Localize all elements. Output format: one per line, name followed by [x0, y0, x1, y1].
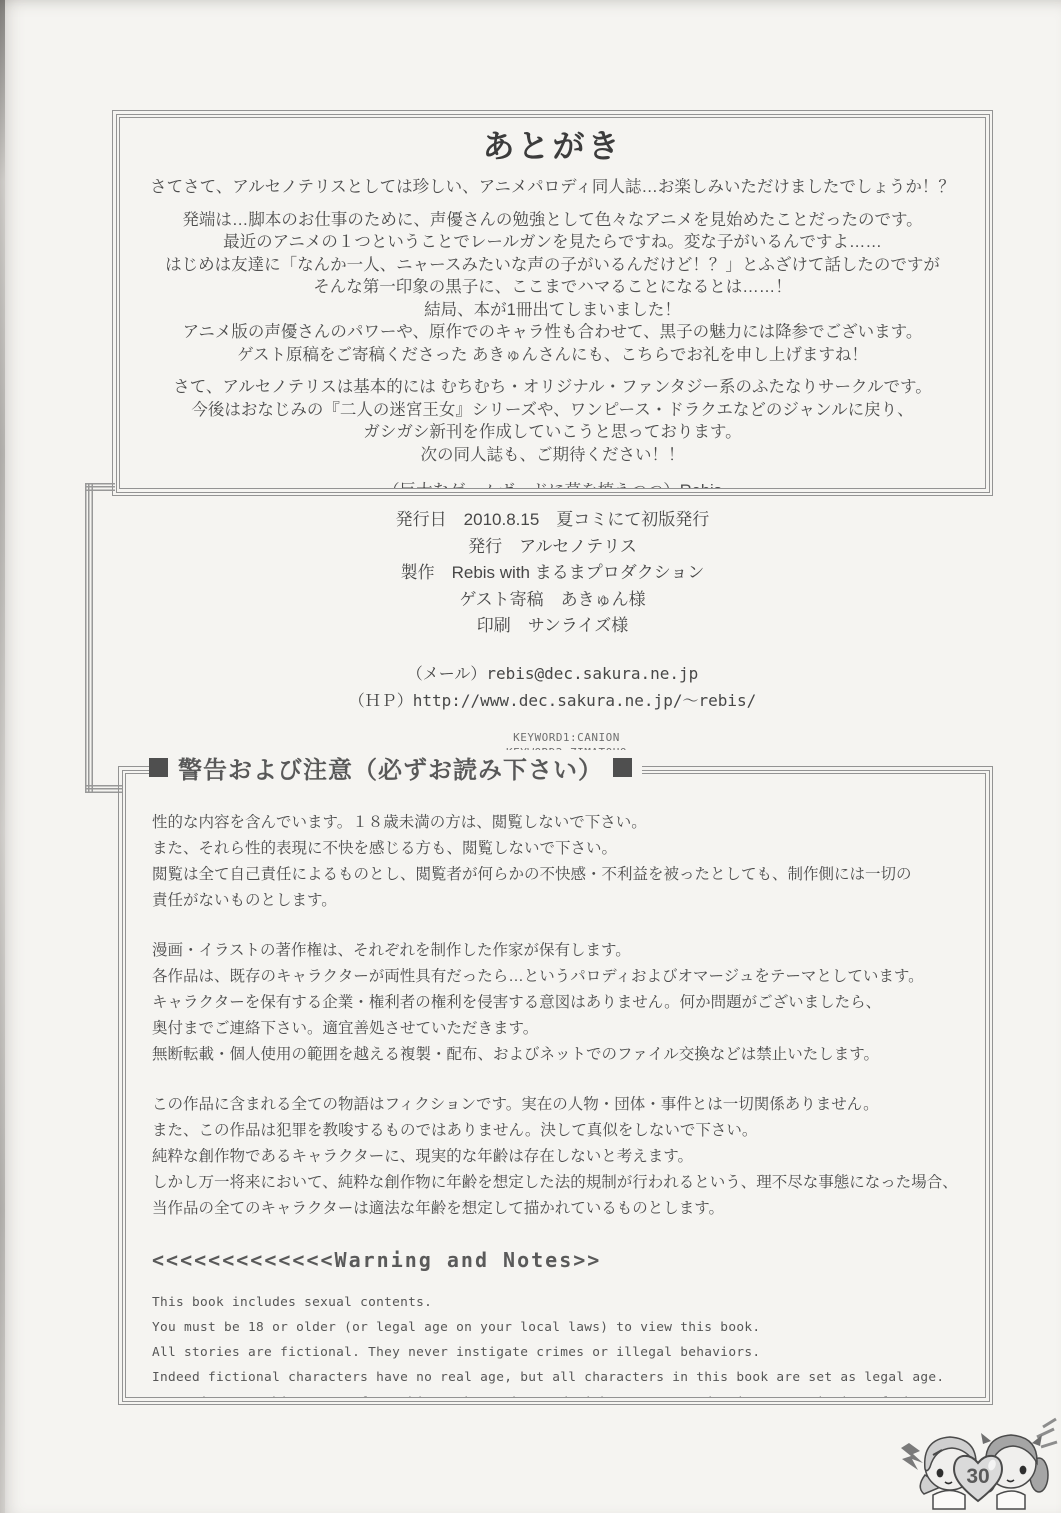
warning-paragraph: この作品に含まれる全ての物語はフィクションです。実在の人物・団体・事件とは一切関… — [152, 1092, 959, 1222]
pagenum-illustration: 30 — [893, 1413, 1061, 1513]
warning-paragraph: 漫画・イラストの著作権は、それぞれを制作した作家が保有します。 各作品は、既存の… — [152, 938, 959, 1068]
colophon-email: （メール）rebis@dec.sakura.ne.jp — [112, 660, 993, 687]
afterword-paragraph: さて、アルセノテリスは基本的には むちむち・オリジナル・ファンタジー系のふたなり… — [120, 376, 985, 466]
warning-line: 純粋な創作物であるキャラクターに、現実的な年齢は存在しないと考えます。 — [152, 1144, 959, 1170]
warning-line: 各作品は、既存のキャラクターが両性具有だったら…というパロディおよびオマージュを… — [152, 964, 959, 990]
lightning-icon — [901, 1443, 923, 1470]
afterword-line: 発端は…脚本のお仕事のために、声優さんの勉強として色々なアニメを見始めたことだっ… — [120, 209, 985, 232]
warning-line: また、この作品は犯罪を教唆するものではありません。決して真似をしないで下さい。 — [152, 1118, 959, 1144]
warning-box: 警告および注意（必ずお読み下さい） 性的な内容を含んでいます。１８歳未満の方は、… — [118, 766, 993, 1405]
afterword-content: あとがき さてさて、アルセノテリスとしては珍しい、アニメパロディ同人誌…お楽しみ… — [120, 118, 985, 489]
afterword-line: ゲスト原稿をご寄稿くださった あきゅんさんにも、こちらでお礼を申し上げますね！ — [120, 344, 985, 367]
afterword-line: ガシガシ新刊を作成していこうと思っております。 — [120, 421, 985, 444]
colophon-homepage: （ＨＰ）http://www.dec.sakura.ne.jp/～rebis/ — [112, 687, 993, 714]
afterword-paragraph: 発端は…脚本のお仕事のために、声優さんの勉強として色々なアニメを見始めたことだっ… — [120, 209, 985, 367]
warning-en-line: No comics, graphics, text from this work… — [152, 1390, 959, 1398]
warning-en-line: This book includes sexual contents. — [152, 1290, 959, 1315]
colophon-line: ゲスト寄稿 あきゅん様 — [112, 587, 993, 614]
scanned-page: あとがき さてさて、アルセノテリスとしては珍しい、アニメパロディ同人誌…お楽しみ… — [0, 0, 1061, 1513]
warning-line: キャラクターを保有する企業・権利者の権利を侵害する意図はありません。何か問題がご… — [152, 990, 959, 1016]
warning-en-title: <<<<<<<<<<<<<Warning and Notes>> — [152, 1248, 959, 1272]
afterword-box: あとがき さてさて、アルセノテリスとしては珍しい、アニメパロディ同人誌…お楽しみ… — [112, 110, 993, 496]
afterword-line: そんな第一印象の黒子に、ここまでハマることになるとは……！ — [120, 276, 985, 299]
page-number: 30 — [966, 1465, 989, 1488]
warning-line: 責任がないものとします。 — [152, 888, 959, 914]
colophon-line: 製作 Rebis with まるまプロダクション — [112, 560, 993, 587]
warning-square-icon — [613, 758, 632, 777]
afterword-line: 今後はおなじみの『二人の迷宮王女』シリーズや、ワンピース・ドラクエなどのジャンル… — [120, 399, 985, 422]
colophon-contact: （メール）rebis@dec.sakura.ne.jp （ＨＰ）http://w… — [112, 660, 993, 714]
warning-line: 当作品の全てのキャラクターは適法な年齢を想定して描かれているものとします。 — [152, 1196, 959, 1222]
colophon-line: 印刷 サンライズ様 — [112, 613, 993, 640]
afterword-line: はじめは友達に「なんか一人、ニャースみたいな声の子がいるんだけど！？」とふざけて… — [120, 254, 985, 277]
warning-header: 警告および注意（必ずお読み下さい） — [149, 750, 642, 784]
warning-en-lines: This book includes sexual contents. You … — [152, 1290, 959, 1398]
afterword-paragraph: さてさて、アルセノテリスとしては珍しい、アニメパロディ同人誌…お楽しみいただけま… — [120, 176, 985, 199]
warning-content: 性的な内容を含んでいます。１８歳未満の方は、閲覧しないで下さい。 また、それら性… — [126, 774, 985, 1398]
warning-square-icon — [149, 758, 168, 777]
warning-line: 性的な内容を含んでいます。１８歳未満の方は、閲覧しないで下さい。 — [152, 810, 959, 836]
afterword-signoff: （巨大なゲームボードに草を植えつつ）Rebis — [120, 480, 985, 489]
warning-line: しかし万一将来において、純粋な創作物に年齢を想定した法的規制が行われるという、理… — [152, 1170, 959, 1196]
warning-paragraph: 性的な内容を含んでいます。１８歳未満の方は、閲覧しないで下さい。 また、それら性… — [152, 810, 959, 914]
afterword-line: アニメ版の声優さんのパワーや、原作でのキャラ性も合わせて、黒子の魅力には降参でご… — [120, 321, 985, 344]
afterword-line: 結局、本が1冊出てしまいました！ — [120, 299, 985, 322]
warning-line: 閲覧は全て自己責任によるものとし、閲覧者が何らかの不快感・不利益を被ったとしても… — [152, 862, 959, 888]
warning-line: 無断転載・個人使用の範囲を越える複製・配布、およびネットでのファイル交換などは禁… — [152, 1042, 959, 1068]
afterword-line: さてさて、アルセノテリスとしては珍しい、アニメパロディ同人誌…お楽しみいただけま… — [150, 178, 955, 196]
warning-line: 漫画・イラストの著作権は、それぞれを制作した作家が保有します。 — [152, 938, 959, 964]
warning-title: 警告および注意（必ずお読み下さい） — [174, 750, 607, 785]
warning-line: 奥付までご連絡下さい。適宜善処させていただきます。 — [152, 1016, 959, 1042]
warning-en-line: All stories are fictional. They never in… — [152, 1340, 959, 1365]
warning-en-line: You must be 18 or older (or legal age on… — [152, 1315, 959, 1340]
colophon-line: 発行 アルセノテリス — [112, 534, 993, 561]
bracket-connector-vertical — [85, 483, 93, 793]
colophon: 発行日 2010.8.15 夏コミにて初版発行 発行 アルセノテリス 製作 Re… — [112, 507, 993, 760]
afterword-line: 次の同人誌も、ご期待ください！！ — [120, 444, 985, 467]
colophon-line: 発行日 2010.8.15 夏コミにて初版発行 — [112, 507, 993, 534]
afterword-title: あとがき — [120, 126, 985, 166]
afterword-line: 最近のアニメの１つということでレールガンを見たらですね。変な子がいるんですよ…… — [120, 231, 985, 254]
warning-line: この作品に含まれる全ての物語はフィクションです。実在の人物・団体・事件とは一切関… — [152, 1092, 959, 1118]
warning-line: また、それら性的表現に不快を感じる方も、閲覧しないで下さい。 — [152, 836, 959, 862]
colophon-keyword: KEYWORD1:CANION — [126, 730, 1007, 745]
warning-en-line: Indeed fictional characters have no real… — [152, 1365, 959, 1390]
afterword-line: さて、アルセノテリスは基本的には むちむち・オリジナル・ファンタジー系のふたなり… — [120, 376, 985, 399]
